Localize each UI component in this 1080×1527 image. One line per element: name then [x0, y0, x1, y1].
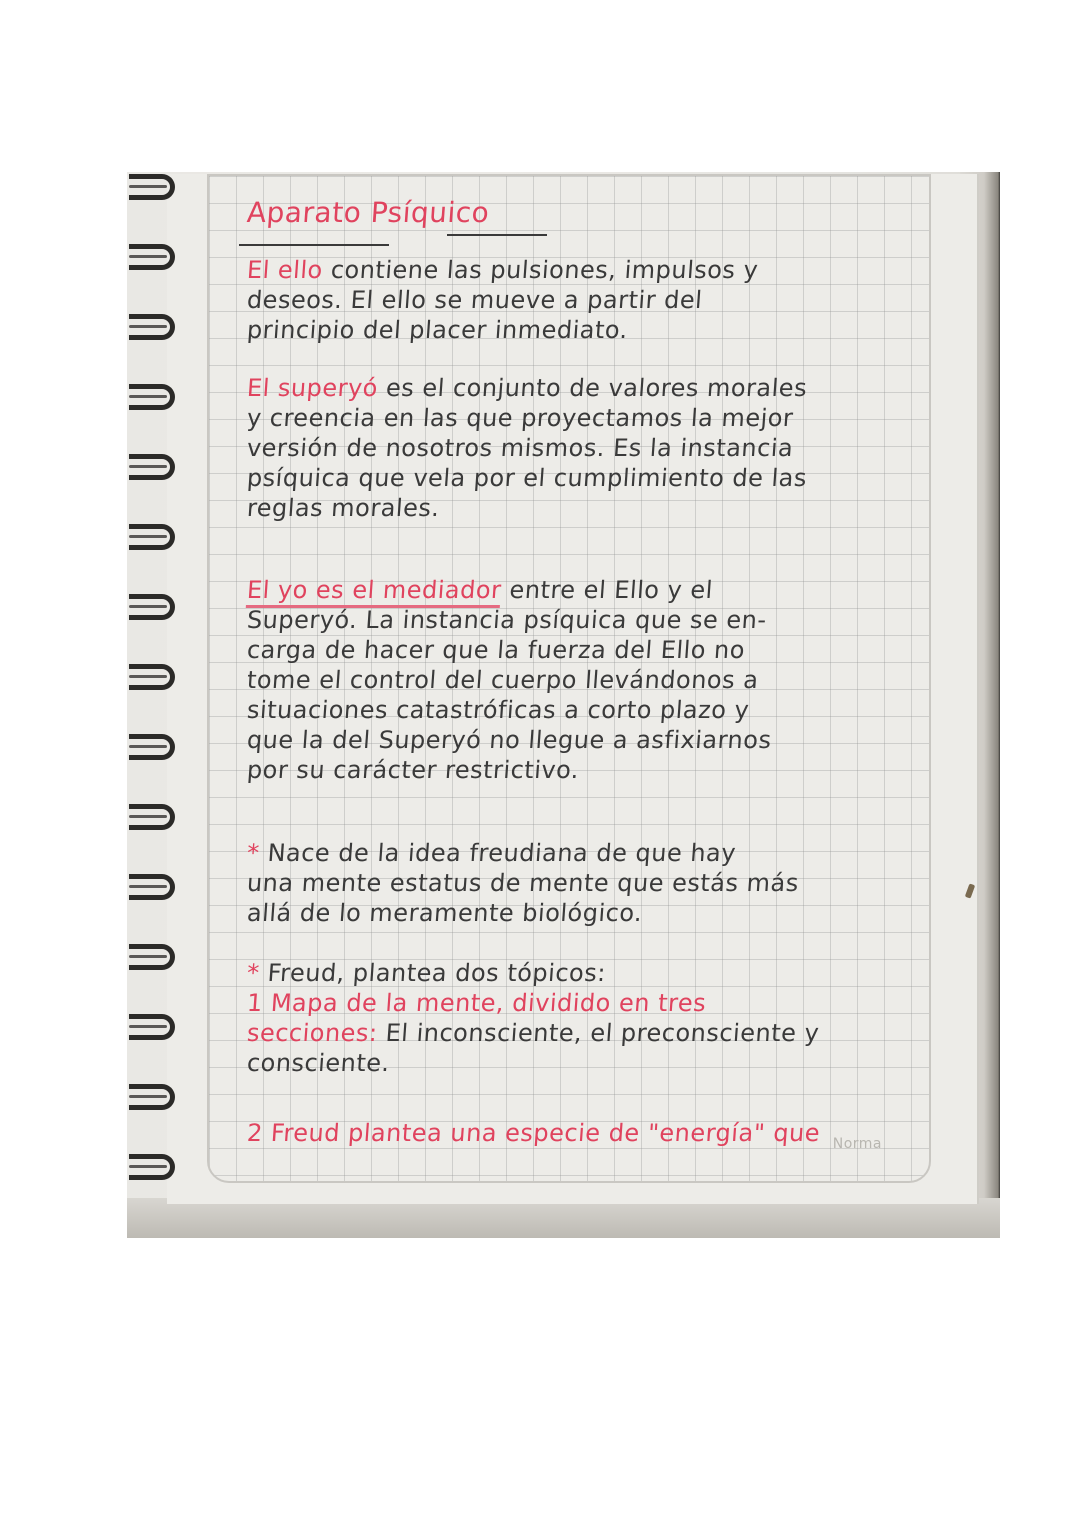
- spiral-ring: [129, 1154, 175, 1180]
- note-line: situaciones catastróficas a corto plazo …: [246, 696, 750, 724]
- note-line: principio del placer inmediato.: [246, 316, 629, 344]
- note-line: secciones: El inconsciente, el preconsci…: [246, 1019, 820, 1047]
- note-line: una mente estatus de mente que estás más: [246, 869, 800, 897]
- page-title: Aparato Psíquico: [246, 196, 491, 229]
- note-line: y creencia en las que proyectamos la mej…: [246, 404, 794, 432]
- note-line: reglas morales.: [246, 494, 441, 522]
- spiral-ring: [129, 874, 175, 900]
- spiral-ring: [129, 664, 175, 690]
- notebook-page: Norma Aparato Psíquico El ello contiene …: [167, 174, 979, 1204]
- note-line: El superyó es el conjunto de valores mor…: [246, 374, 808, 402]
- title-underline-right: [447, 234, 547, 236]
- spiral-ring: [129, 1084, 175, 1110]
- spiral-ring: [129, 454, 175, 480]
- term-superyo: El superyó: [246, 374, 379, 402]
- note-line: El yo es el mediador entre el Ello y el: [246, 576, 714, 604]
- note-line: allá de lo meramente biológico.: [246, 899, 643, 927]
- spiral-binding: [127, 172, 167, 1238]
- note-line: 1 Mapa de la mente, dividido en tres: [246, 989, 707, 1017]
- note-line: por su carácter restrictivo.: [246, 756, 580, 784]
- note-line: psíquica que vela por el cumplimiento de…: [246, 464, 808, 492]
- note-line: 2 Freud plantea una especie de "energía"…: [246, 1119, 821, 1147]
- spiral-ring: [129, 244, 175, 270]
- spiral-ring: [129, 384, 175, 410]
- page-stain: [965, 883, 975, 898]
- notebook-brand-logo: Norma: [833, 1136, 882, 1152]
- page-bottom-edge: [127, 1198, 1000, 1238]
- spiral-ring: [129, 594, 175, 620]
- spiral-ring: [129, 804, 175, 830]
- spiral-ring: [129, 174, 175, 200]
- note-line: deseos. El ello se mueve a partir del: [246, 286, 703, 314]
- note-line: consciente.: [246, 1049, 391, 1077]
- note-line: * Nace de la idea freudiana de que hay: [246, 839, 737, 867]
- term-yo: El yo es el mediador: [246, 576, 503, 608]
- title-underline-left: [239, 244, 389, 246]
- term-ello: El ello: [246, 256, 324, 284]
- spiral-ring: [129, 1014, 175, 1040]
- note-line: que la del Superyó no llegue a asfixiarn…: [246, 726, 772, 754]
- spiral-ring: [129, 524, 175, 550]
- note-line: carga de hacer que la fuerza del Ello no: [246, 636, 746, 664]
- spiral-ring: [129, 734, 175, 760]
- note-line: versión de nosotros mismos. Es la instan…: [246, 434, 794, 462]
- notebook-photo: Norma Aparato Psíquico El ello contiene …: [127, 172, 1000, 1238]
- note-line: Superyó. La instancia psíquica que se en…: [246, 606, 768, 634]
- spiral-ring: [129, 944, 175, 970]
- note-line: * Freud, plantea dos tópicos:: [246, 959, 607, 987]
- spiral-ring: [129, 314, 175, 340]
- note-line: El ello contiene las pulsiones, impulsos…: [246, 256, 759, 284]
- note-line: tome el control del cuerpo llevándonos a: [246, 666, 759, 694]
